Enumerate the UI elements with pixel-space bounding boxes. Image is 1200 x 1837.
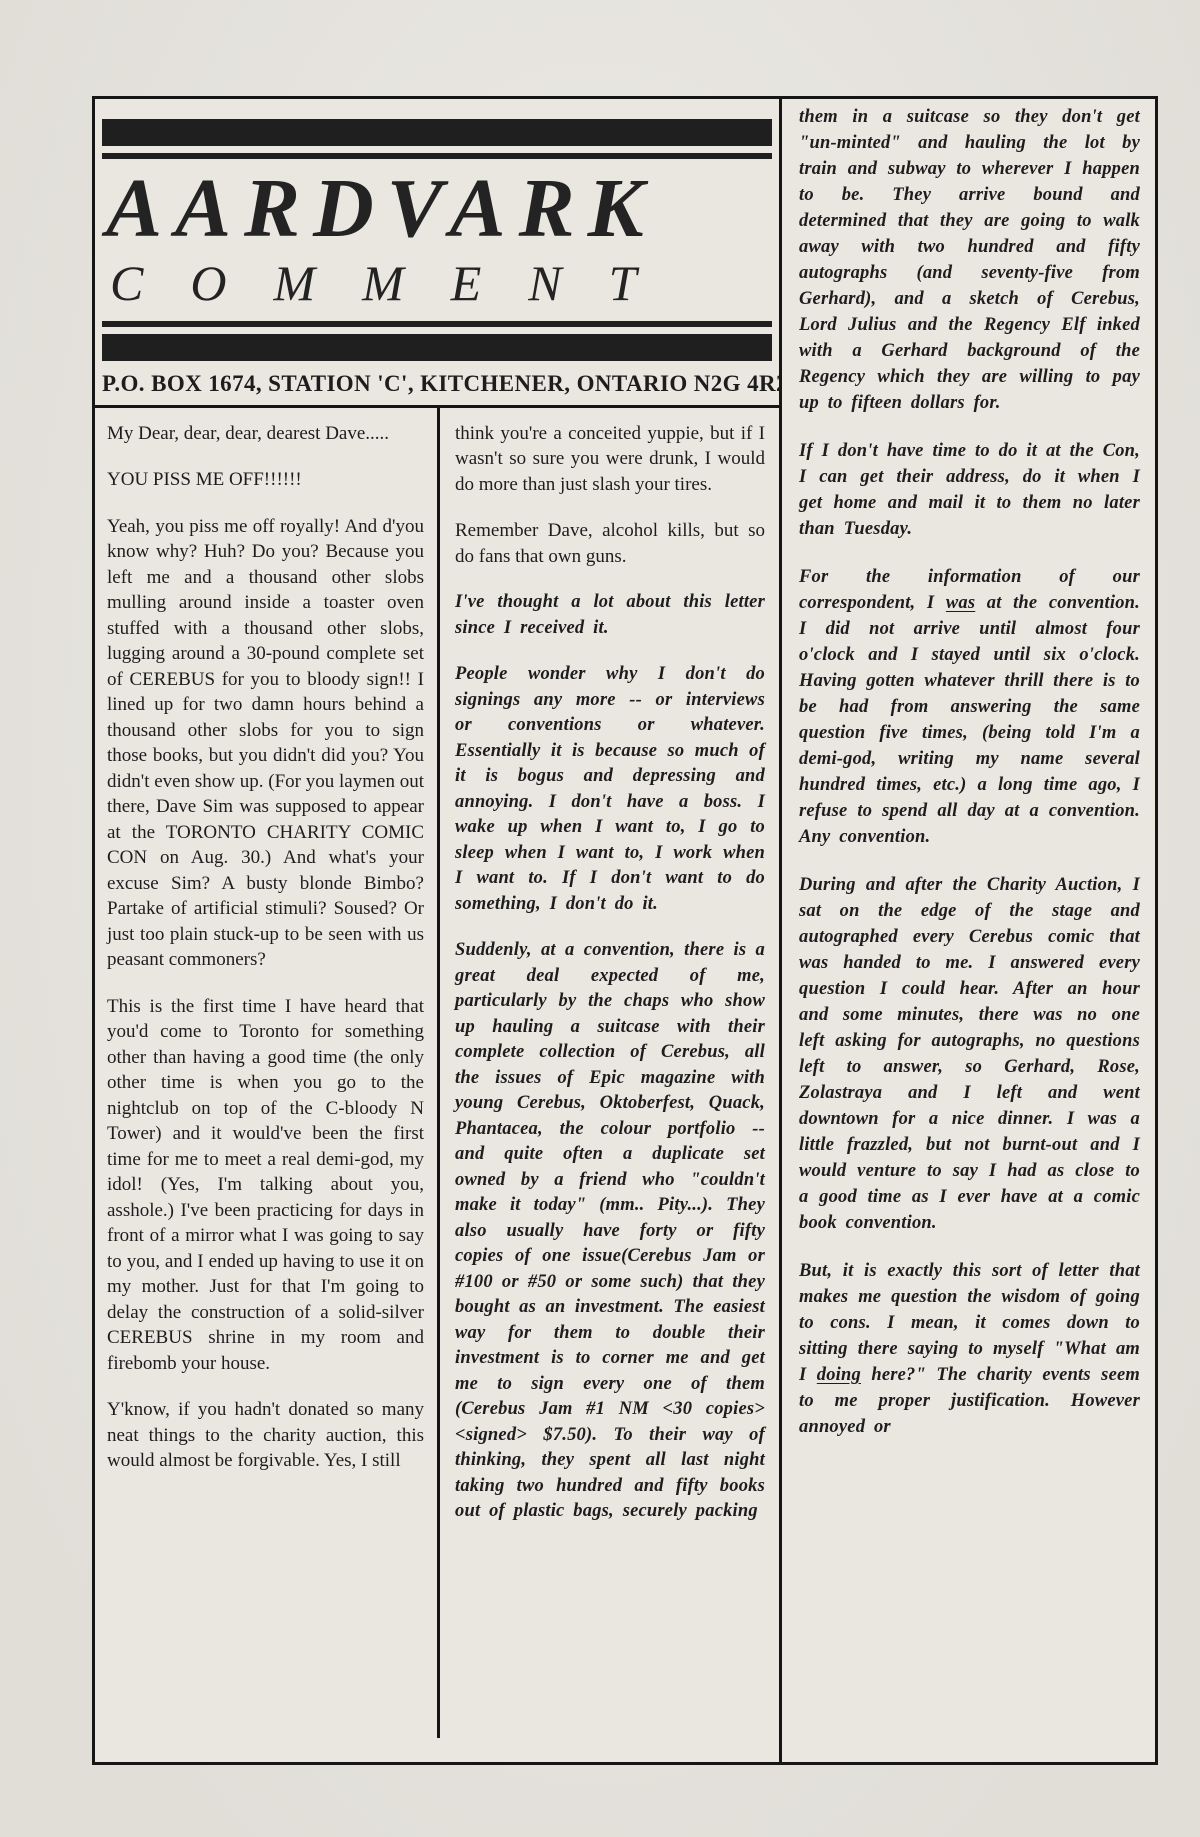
reader-letter-continuation: think you're a conceited yuppie, but if … [455,421,765,570]
editor-reply-column: them in a suitcase so they don't get "un… [779,99,1155,1762]
paragraph: People wonder why I don't do signings an… [455,662,765,917]
letter-column-2: think you're a conceited yuppie, but if … [437,408,779,1738]
paragraph: Suddenly, at a convention, there is a gr… [455,938,765,1525]
paragraph: I've thought a lot about this letter sin… [455,590,765,641]
paragraph: My Dear, dear, dear, dearest Dave..... [107,421,424,447]
paragraph: If I don't have time to do it at the Con… [799,438,1140,542]
paragraph: them in a suitcase so they don't get "un… [799,104,1140,416]
paragraph: But, it is exactly this sort of letter t… [799,1258,1140,1440]
paragraph: YOU PISS ME OFF!!!!!! [107,467,424,493]
paragraph: For the information of our correspondent… [799,564,1140,850]
left-region: AARDVARK COMMENT P.O. BOX 1674, STATION … [95,99,779,1762]
editor-reply-start: I've thought a lot about this letter sin… [455,590,765,1525]
logo-comment: COMMENT [102,258,772,308]
underlined-word: was [946,593,975,613]
paragraph: think you're a conceited yuppie, but if … [455,421,765,498]
paragraph: During and after the Charity Auction, I … [799,872,1140,1236]
letter-column-1: My Dear, dear, dear, dearest Dave.....YO… [95,408,437,1738]
paragraph: Yeah, you piss me off royally! And d'you… [107,514,424,973]
letter-columns: My Dear, dear, dear, dearest Dave.....YO… [95,408,779,1738]
masthead-bottom-thick-bar [102,334,772,361]
masthead: AARDVARK COMMENT [95,99,779,361]
paragraph: Y'know, if you hadn't donated so many ne… [107,1397,424,1474]
logo-aardvark: AARDVARK [102,169,772,250]
paragraph: Remember Dave, alcohol kills, but so do … [455,518,765,569]
scanned-page-background: AARDVARK COMMENT P.O. BOX 1674, STATION … [0,0,1200,1837]
underlined-word: doing [817,1365,861,1385]
masthead-top-thick-bar [102,119,772,146]
paragraph: This is the first time I have heard that… [107,994,424,1377]
masthead-top-thin-rule [102,153,772,159]
letters-page-frame: AARDVARK COMMENT P.O. BOX 1674, STATION … [92,96,1158,1765]
masthead-bottom-thin-rule [102,321,772,327]
po-box-address: P.O. BOX 1674, STATION 'C', KITCHENER, O… [95,361,779,405]
